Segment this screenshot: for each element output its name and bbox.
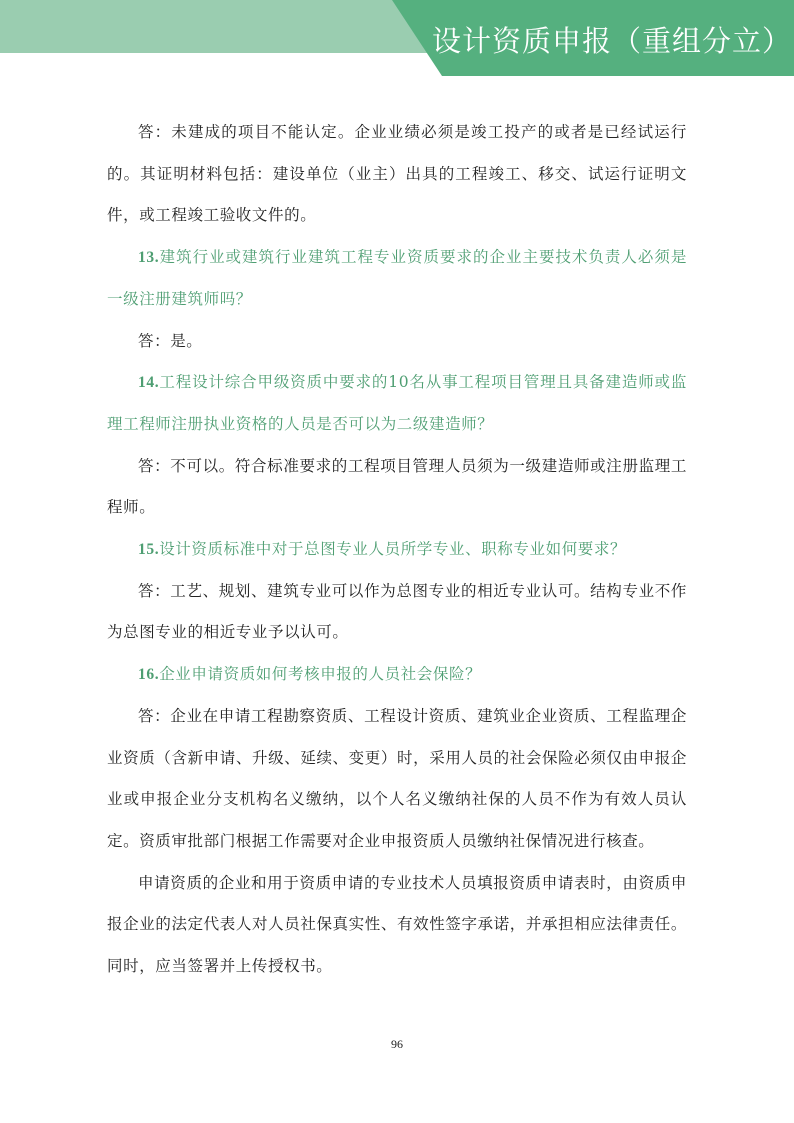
answer-paragraph-16-continued: 申请资质的企业和用于资质申请的专业技术人员填报资质申请表时，由资质申报企业的法定… [107, 863, 687, 988]
question-text: 设计资质标准中对于总图专业人员所学专业、职称专业如何要求？ [159, 540, 626, 558]
question-14: 14.工程设计综合甲级资质中要求的10名从事工程项目管理且具备建造师或监理工程师… [107, 362, 687, 445]
question-number: 15. [138, 541, 159, 558]
running-header-title: 设计资质申报（重组分立） [432, 22, 782, 60]
question-text: 工程设计综合甲级资质中要求的10名从事工程项目管理且具备建造师或监理工程师注册执… [107, 373, 687, 433]
question-16: 16.企业申请资质如何考核申报的人员社会保险？ [107, 654, 687, 696]
question-text: 企业申请资质如何考核申报的人员社会保险？ [159, 665, 481, 683]
question-text: 建筑行业或建筑行业建筑工程专业资质要求的企业主要技术负责人必须是一级注册建筑师吗… [107, 248, 687, 308]
page-number: 96 [0, 1037, 794, 1052]
question-number: 14. [138, 374, 159, 391]
question-15: 15.设计资质标准中对于总图专业人员所学专业、职称专业如何要求？ [107, 529, 687, 571]
document-body: 答：未建成的项目不能认定。企业业绩必须是竣工投产的或者是已经试运行的。其证明材料… [107, 112, 687, 988]
answer-paragraph-14: 答：不可以。符合标准要求的工程项目管理人员须为一级建造师或注册监理工程师。 [107, 446, 687, 529]
question-number: 13. [138, 249, 159, 266]
answer-paragraph-12: 答：未建成的项目不能认定。企业业绩必须是竣工投产的或者是已经试运行的。其证明材料… [107, 112, 687, 237]
answer-paragraph-16: 答：企业在申请工程勘察资质、工程设计资质、建筑业企业资质、工程监理企业资质（含新… [107, 696, 687, 863]
answer-paragraph-13: 答：是。 [107, 321, 687, 363]
answer-paragraph-15: 答：工艺、规划、建筑专业可以作为总图专业的相近专业认可。结构专业不作为总图专业的… [107, 571, 687, 654]
question-number: 16. [138, 666, 159, 683]
question-13: 13.建筑行业或建筑行业建筑工程专业资质要求的企业主要技术负责人必须是一级注册建… [107, 237, 687, 320]
